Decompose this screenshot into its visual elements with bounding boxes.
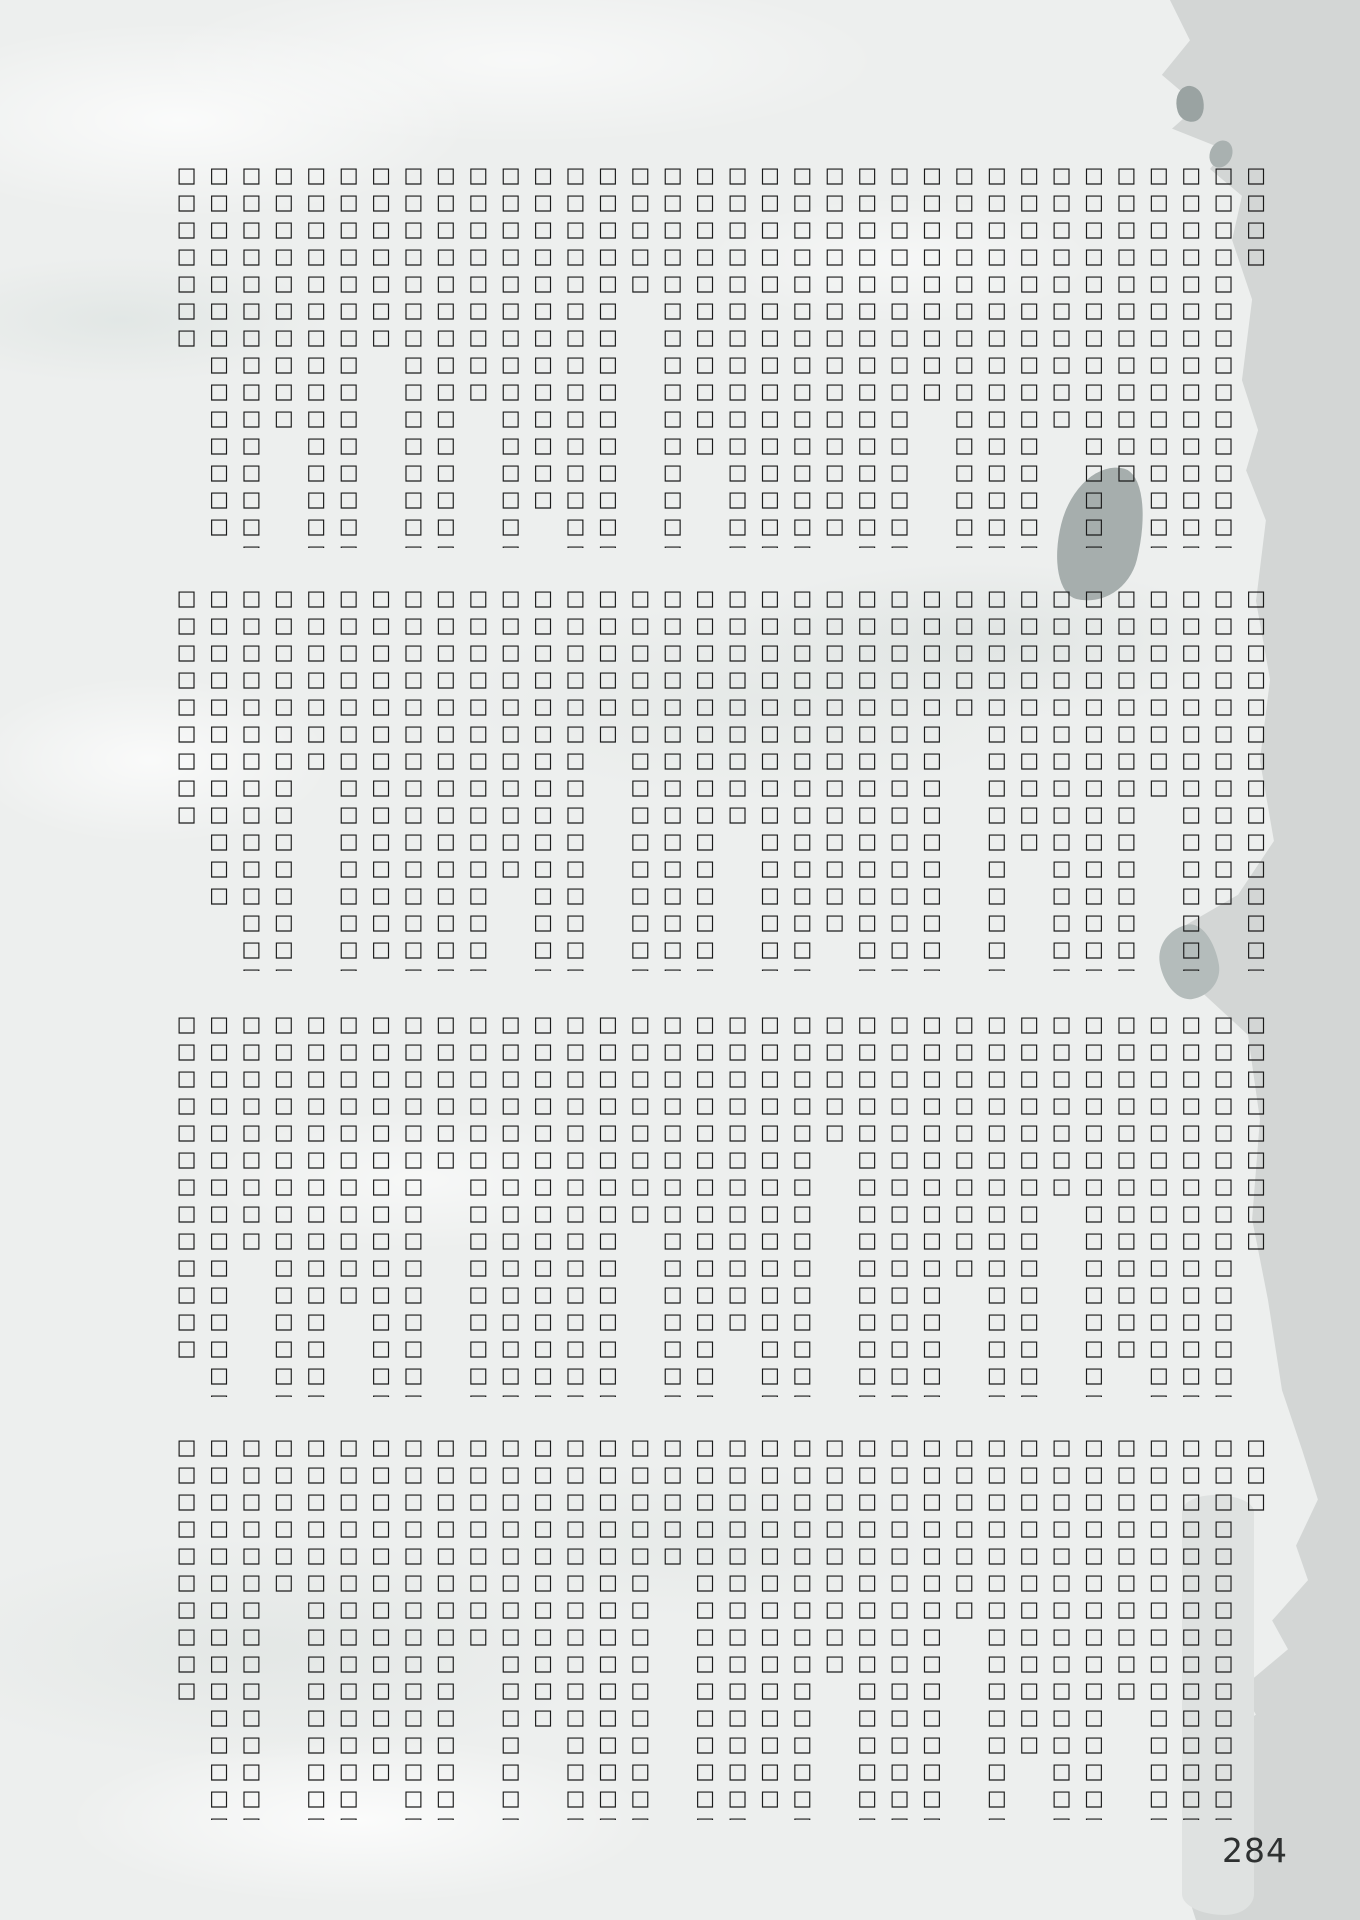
text-column-redacted: □□□□□□□□□□□□□□□□ <box>203 1012 235 1397</box>
text-column-redacted: □□□□□□□□□ <box>916 163 948 548</box>
text-column-redacted: □□□□□□□□ <box>624 1012 656 1397</box>
text-column-redacted: □□□□□□□□□□□□□□□□ <box>721 163 753 548</box>
text-column-redacted: □□□□□□□□□□□□□□□□ <box>916 1435 948 1820</box>
text-column-redacted: □□□□□□□□□□□□□□□□ <box>980 163 1012 548</box>
text-column-redacted: □□□□□□□□□□□□□□□□ <box>235 586 267 971</box>
text-column-redacted: □□□□□□□□□□□□□ <box>527 163 559 548</box>
text-column-redacted: □□□□□□□□□□ <box>1110 1435 1142 1820</box>
text-column-redacted: □□□□□□□□□□□□□□□□ <box>851 163 883 548</box>
text-column-redacted: □□□□□□□□□□□□□□□□ <box>1078 1012 1110 1397</box>
text-column-redacted: □□□□□□□□□□□□□□□□ <box>1142 1435 1174 1820</box>
text-block-band-4: □□□□□□□□□□□□□□□□□□□□□□□□□□□□□□□□□□□□□□□□… <box>168 1435 1272 1820</box>
text-column-redacted: □□□□□□□□□□ <box>267 163 299 548</box>
text-column-redacted: □□□□□□□□□□□□□ <box>1110 1012 1142 1397</box>
text-column-redacted: □□□□□□□□□□□□□□□□ <box>1078 163 1110 548</box>
text-column-redacted: □□□□□□□□□□□□ <box>203 586 235 971</box>
text-column-redacted: □□□□□□□□□□□□□□ <box>365 586 397 971</box>
text-column-redacted: □□□□□□□□□□□□□□□□ <box>1175 586 1207 971</box>
text-block-band-2: □□□□□□□□□□□□□□□□□□□□□□□□□□□□□□□□□□□□□□□□… <box>168 586 1272 971</box>
text-column-redacted: □□□□□□□□□□□□□□□□ <box>332 1435 364 1820</box>
text-column-redacted: □□□□ <box>1240 163 1272 548</box>
text-column-redacted: □□□□□□□□□□□□□□□□ <box>527 586 559 971</box>
text-column-redacted: □□□□□□□□□□□□ <box>1207 586 1239 971</box>
text-column-redacted: □□□□□□□□□□□□□□□□ <box>1078 586 1110 971</box>
text-column-redacted: □□□□□□□□□□□□□□□□ <box>1045 1435 1077 1820</box>
text-column-redacted: □□□□□□□□□□□□□□□ <box>203 1435 235 1820</box>
text-column-redacted: □□□□□□□□□□□□□□□□ <box>429 163 461 548</box>
text-column-redacted: □□□□□□□□□ <box>235 1012 267 1397</box>
text-column-redacted: □□□□□□□□□□□□□□□□ <box>980 1435 1012 1820</box>
text-column-redacted: □□□□□□□□□□□□□□□□ <box>1078 1435 1110 1820</box>
text-column-redacted: □□□□□□□□□□□□□□□□ <box>689 586 721 971</box>
text-column-redacted: □□□□□□ <box>267 1435 299 1820</box>
text-column-redacted: □□□□□□□ <box>365 163 397 548</box>
text-column-redacted: □□□□□□□□□□□□□□□□ <box>1142 1012 1174 1397</box>
text-column-redacted: □□□ <box>1240 1435 1272 1820</box>
text-column-redacted: □□□□□□□□□□□□□□□□ <box>786 1435 818 1820</box>
text-column-redacted: □□□□□□□□□□□□□□□□ <box>267 1012 299 1397</box>
text-column-redacted: □□□□□□□□□□ <box>1045 163 1077 548</box>
text-column-redacted: □□□□□□□□□□□□□□□□ <box>235 163 267 548</box>
text-column-redacted: □□□□□□□□□□□□□□□□ <box>1175 163 1207 548</box>
text-column-redacted: □□□□□□□□□□□□□□□□ <box>591 1012 623 1397</box>
text-column-redacted: □□□□□□□□□□□□□□□□ <box>786 586 818 971</box>
text-column-redacted: □□□□□□□□□□□□□□□□ <box>1045 586 1077 971</box>
text-column-redacted: □□□□□□□□□□□□□□□□ <box>754 163 786 548</box>
page-number: 284 <box>1212 1831 1298 1870</box>
text-column-redacted: □□□□□□□□□□□□□□□□ <box>397 1012 429 1397</box>
text-column-redacted: □□□□□ <box>948 586 980 971</box>
text-column-redacted: □□□□□□□□□□□□□□□□ <box>397 163 429 548</box>
text-column-redacted: □□□□□□□□□□□□□□□□ <box>624 586 656 971</box>
text-block-band-1: □□□□□□□□□□□□□□□□□□□□□□□□□□□□□□□□□□□□□□□□… <box>168 163 1272 548</box>
text-column-redacted: □□□□□□□□□□□□□□□□ <box>300 163 332 548</box>
text-column-redacted: □□□□□□□□□□□□□□□□ <box>689 1435 721 1820</box>
text-column-redacted: □□□□□□□□□□□□□□□ <box>1207 163 1239 548</box>
text-column-redacted: □□□□□□□□□□□□□□□□ <box>1013 1012 1045 1397</box>
text-column-redacted: □□□□□□□□□□□□□□□ <box>494 1012 526 1397</box>
text-column-redacted: □□□□□ <box>656 1435 688 1820</box>
text-column-redacted: □□□□□□□□□□□□□□□□ <box>689 1012 721 1397</box>
text-column-redacted: □□□□□□□□□□□□□ <box>170 1012 202 1397</box>
text-column-redacted: □□□□□□□□□□□□ <box>1110 163 1142 548</box>
text-column-redacted: □□□□□ <box>818 1012 850 1397</box>
text-column-redacted: □□□□□□□□□□□□□□□□ <box>365 1012 397 1397</box>
text-column-redacted: □□□□□□□□□□ <box>170 1435 202 1820</box>
text-column-redacted: □□□□□□□□□□□□□□□□ <box>462 1012 494 1397</box>
text-column-redacted: □□□□□□□□□□□□□□ <box>203 163 235 548</box>
text-column-redacted: □□□□□□□□□□□□□□□□ <box>916 1012 948 1397</box>
text-column-redacted: □□□□□□□ <box>948 1435 980 1820</box>
text-column-redacted: □□□□□□□ <box>1045 1012 1077 1397</box>
text-column-redacted: □□□□□□□□□□□ <box>494 586 526 971</box>
text-column-redacted: □□□□□□□□□□□ <box>689 163 721 548</box>
text-column-redacted: □□□□□□□□□□□ <box>332 1012 364 1397</box>
text-column-redacted: □□□□□□□□□□□□□□□□ <box>786 1012 818 1397</box>
text-column-redacted: □□□□□□□□□□□□□□□□ <box>267 586 299 971</box>
text-column-redacted: □□□□□□□□□□□□□□□□ <box>1013 163 1045 548</box>
text-column-redacted: □□□□□□□□□□□□□□□□ <box>754 1012 786 1397</box>
text-column-redacted: □□□□□□□□□□□□□□□□ <box>1110 586 1142 971</box>
text-column-redacted: □□□□□□ <box>591 586 623 971</box>
text-column-redacted: □□□□□□□□□□□□□□□□ <box>429 586 461 971</box>
text-column-redacted: □□□□□□□□□□□□□□□□ <box>656 1012 688 1397</box>
text-column-redacted: □□□□□□□□□□□□□□ <box>818 163 850 548</box>
text-column-redacted: □□□□□□□□□□□□□□□□ <box>1175 1435 1207 1820</box>
text-column-redacted: □□□□□□□□□□□□□□□□ <box>980 586 1012 971</box>
text-column-redacted: □□□□□□□□□□□□□□□□ <box>656 163 688 548</box>
text-column-redacted: □□□□□□□□□□□□□□□□ <box>235 1435 267 1820</box>
text-column-redacted: □□□□□□□□□□□□□□□□ <box>624 1435 656 1820</box>
text-column-redacted: □□□□□□□□□□□□□□□□ <box>1207 1435 1239 1820</box>
text-column-redacted: □□□□□ <box>624 163 656 548</box>
text-column-redacted: □□□□□□□□□□□□□□□□ <box>527 1012 559 1397</box>
text-column-redacted: □□□□□□□□□□□□□□□□ <box>591 1435 623 1820</box>
text-column-redacted: □□□□□□□□□□□□□□□□ <box>332 586 364 971</box>
text-column-redacted: □□□□□□□□□□□□□□□□ <box>559 586 591 971</box>
text-column-redacted: □□□□□□□□□□□□□□□□ <box>300 1435 332 1820</box>
text-column-redacted: □□□□□□□□□ <box>818 1435 850 1820</box>
text-column-redacted: □□□□□□□ <box>300 586 332 971</box>
text-column-redacted: □□□□□□□□□□□□ <box>1013 1435 1045 1820</box>
text-block-band-3: □□□□□□□□□□□□□□□□□□□□□□□□□□□□□□□□□□□□□□□□… <box>168 1012 1272 1397</box>
text-column-redacted: □□□□□□□□□□□□□□□□ <box>462 586 494 971</box>
text-column-redacted: □□□□□□□□□□ <box>948 1012 980 1397</box>
text-column-redacted: □□□□□□□□□□□□□□□□ <box>754 586 786 971</box>
text-column-redacted: □□□□□□□□□□□ <box>527 1435 559 1820</box>
text-column-redacted: □□□□□□□□□□□□□ <box>818 586 850 971</box>
text-column-redacted: □□□□□□□□□□□□□□□□ <box>851 1435 883 1820</box>
text-column-redacted: □□□□□□□□□□□□□□□□ <box>494 1435 526 1820</box>
text-column-redacted: □□□□□□□□□□□□□□□□ <box>656 586 688 971</box>
text-column-redacted: □□□□□□□ <box>170 163 202 548</box>
text-column-redacted: □□□□□□□□ <box>462 1435 494 1820</box>
text-column-redacted: □□□□□□□□□□□□□□□□ <box>559 1435 591 1820</box>
text-column-redacted: □□□□□□□□□□□□ <box>721 1012 753 1397</box>
text-column-redacted: □□□□□□□□□ <box>721 586 753 971</box>
text-column-redacted: □□□□□□□□□□□□□□□□ <box>591 163 623 548</box>
text-column-redacted: □□□□□□□□□□□□□ <box>365 1435 397 1820</box>
text-column-redacted: □□□□□□□□□ <box>170 586 202 971</box>
text-column-redacted: □□□□□□□□□□□□□□ <box>754 1435 786 1820</box>
text-column-redacted: □□□□□□□□□□□□□□□□ <box>559 1012 591 1397</box>
text-column-redacted: □□□□□□□□ <box>1142 586 1174 971</box>
text-column-redacted: □□□□□□□□□□□□□□□□ <box>397 1435 429 1820</box>
text-column-redacted: □□□□□□□□□□□□□□□□ <box>1142 163 1174 548</box>
text-column-redacted: □□□□□□□□□□□□□□□□ <box>948 163 980 548</box>
text-column-redacted: □□□□□□□□□□□□□□□□ <box>300 1012 332 1397</box>
text-column-redacted: □□□□□□□□□□□□□□□□ <box>883 1012 915 1397</box>
text-column-redacted: □□□□□□□□□□□□□□□□ <box>883 586 915 971</box>
text-column-redacted: □□□□□□□□□□□□□□□□ <box>1240 586 1272 971</box>
text-column-redacted: □□□□□□□□□□□□□□□□ <box>721 1435 753 1820</box>
text-column-redacted: □□□□□□□□□□□□□□□□ <box>883 1435 915 1820</box>
text-column-redacted: □□□□□□□□□□□□□□□□ <box>980 1012 1012 1397</box>
text-column-redacted: □□□□□□□□□□□□□□□□ <box>851 1012 883 1397</box>
text-column-redacted: □□□□□□□□□□□□□□□□ <box>1175 1012 1207 1397</box>
text-column-redacted: □□□□□□□□□□□□□□□□ <box>851 586 883 971</box>
text-column-redacted: □□□□□□□□□□□□□□□□ <box>916 586 948 971</box>
text-column-redacted: □□□□□□□□□□□□□□□□ <box>1207 1012 1239 1397</box>
text-column-redacted: □□□□□□□□□□□□□□□□ <box>429 1435 461 1820</box>
text-column-redacted: □□□□□□□□□□ <box>1013 586 1045 971</box>
text-column-redacted: □□□□□□□□□□□□□□□□ <box>397 586 429 971</box>
text-column-redacted: □□□□□□ <box>429 1012 461 1397</box>
ink-blot-texture <box>1171 83 1209 126</box>
text-column-redacted: □□□□□□□□□□□□□□□□ <box>332 163 364 548</box>
text-column-redacted: □□□□□□□□□ <box>1240 1012 1272 1397</box>
text-column-redacted: □□□□□□□□□□□□□□□□ <box>786 163 818 548</box>
text-column-redacted: □□□□□□□□□□□□□□□□ <box>494 163 526 548</box>
text-column-redacted: □□□□□□□□□ <box>462 163 494 548</box>
text-column-redacted: □□□□□□□□□□□□□□□□ <box>883 163 915 548</box>
text-column-redacted: □□□□□□□□□□□□□□□□ <box>559 163 591 548</box>
